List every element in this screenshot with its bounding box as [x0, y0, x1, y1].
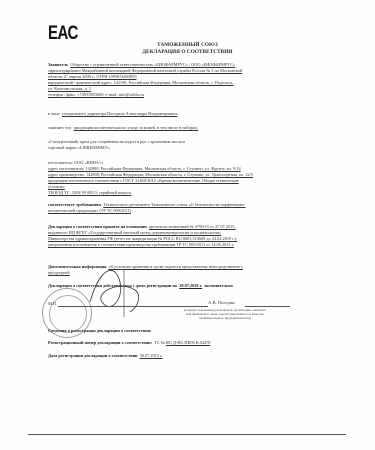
declares-value: продукция косметическая по уходу за коже… — [74, 125, 199, 130]
representative-prefix: в лице — [48, 111, 60, 116]
registration-date-label: Дата регистрации декларации о соответств… — [48, 353, 138, 358]
basis-line4: уведомления изготовителя о соответствии … — [48, 242, 318, 248]
declares-prefix: заявляет, что — [48, 125, 71, 130]
registration-number: RU Д-RU.ПК08.В.04478 — [166, 340, 210, 345]
header-customs-union: ТАМОЖЕННЫЙ СОЮЗ — [0, 42, 375, 48]
representative-section: в лице генерального директора Погодина А… — [48, 111, 318, 117]
applicant-line6: телефон / факс: +74955803069, e-mail: in… — [48, 92, 318, 98]
bottom-rule — [28, 434, 346, 435]
signature-scribble — [80, 262, 160, 322]
manufacturer-name: ООО «ВИНА+» — [74, 160, 103, 165]
basis-line1: протокола испытаний № 4790/15 от 27.07.2… — [149, 224, 236, 229]
applicant-line1: Общество с ограниченной ответственностью… — [70, 62, 235, 67]
declares-section: заявляет, что продукция косметическая по… — [48, 125, 318, 131]
registration-heading-text: Сведения о регистрации декларации о соот… — [48, 328, 152, 333]
signature-line-right — [245, 306, 290, 307]
conformity-label: соответствует требованиям — [48, 202, 101, 207]
conformity-line2: косметической продукции» (ТР ТС 009/2011… — [48, 208, 318, 214]
signature-caption-3: индивидуального предпринимателя) — [160, 316, 290, 320]
conformity-section: соответствует требованиям Технического р… — [48, 202, 318, 214]
conformity-line1: Технического регламента Таможенного союз… — [103, 202, 245, 207]
manufacturer-section: изготовитель: ООО «ВИНА+» адрес изготови… — [48, 160, 318, 195]
declaration-document: ЕАС ТАМОЖЕННЫЙ СОЮЗ ДЕКЛАРАЦИЯ О СООТВЕТ… — [0, 0, 375, 450]
manufacturer-tnved: ТН ВЭД ТС: 3304 99 000 0, серийный выпус… — [48, 190, 318, 196]
product-line2: торговой марки «LIBREDERM®» — [48, 145, 318, 151]
product-section: «Гиалуроновый» крем для сохранения молод… — [48, 139, 318, 151]
basis-label: Декларация о соответствии принята на осн… — [48, 224, 147, 229]
validity-suffix: включительно — [204, 283, 233, 288]
eac-logo: ЕАС — [48, 22, 78, 44]
signature-caption: (подпись и фамилия руководителя организа… — [160, 308, 290, 320]
registration-number-prefix: ТС № — [154, 340, 165, 345]
registration-date-row: Дата регистрации декларации о соответств… — [48, 353, 318, 359]
signature-line-left — [58, 306, 208, 307]
basis-section: Декларация о соответствии принята на осн… — [48, 224, 318, 248]
registration-number-label: Регистрационный номер декларации о соотв… — [48, 340, 152, 345]
applicant-label: Заявитель — [48, 62, 68, 67]
applicant-section: Заявитель Общество с ограниченной ответс… — [48, 62, 318, 97]
manufacturer-label: изготовитель: — [48, 160, 73, 165]
registration-date: 30.07.2015 г. — [140, 353, 163, 358]
representative-value: генерального директора Погодина Александ… — [62, 111, 177, 116]
validity-date: 29.07.2020 г. — [179, 283, 202, 288]
registration-heading: Сведения о регистрации декларации о соот… — [48, 328, 318, 334]
header-declaration-title: ДЕКЛАРАЦИЯ О СООТВЕТСТВИИ — [0, 49, 375, 55]
registration-number-row: Регистрационный номер декларации о соотв… — [48, 340, 318, 346]
